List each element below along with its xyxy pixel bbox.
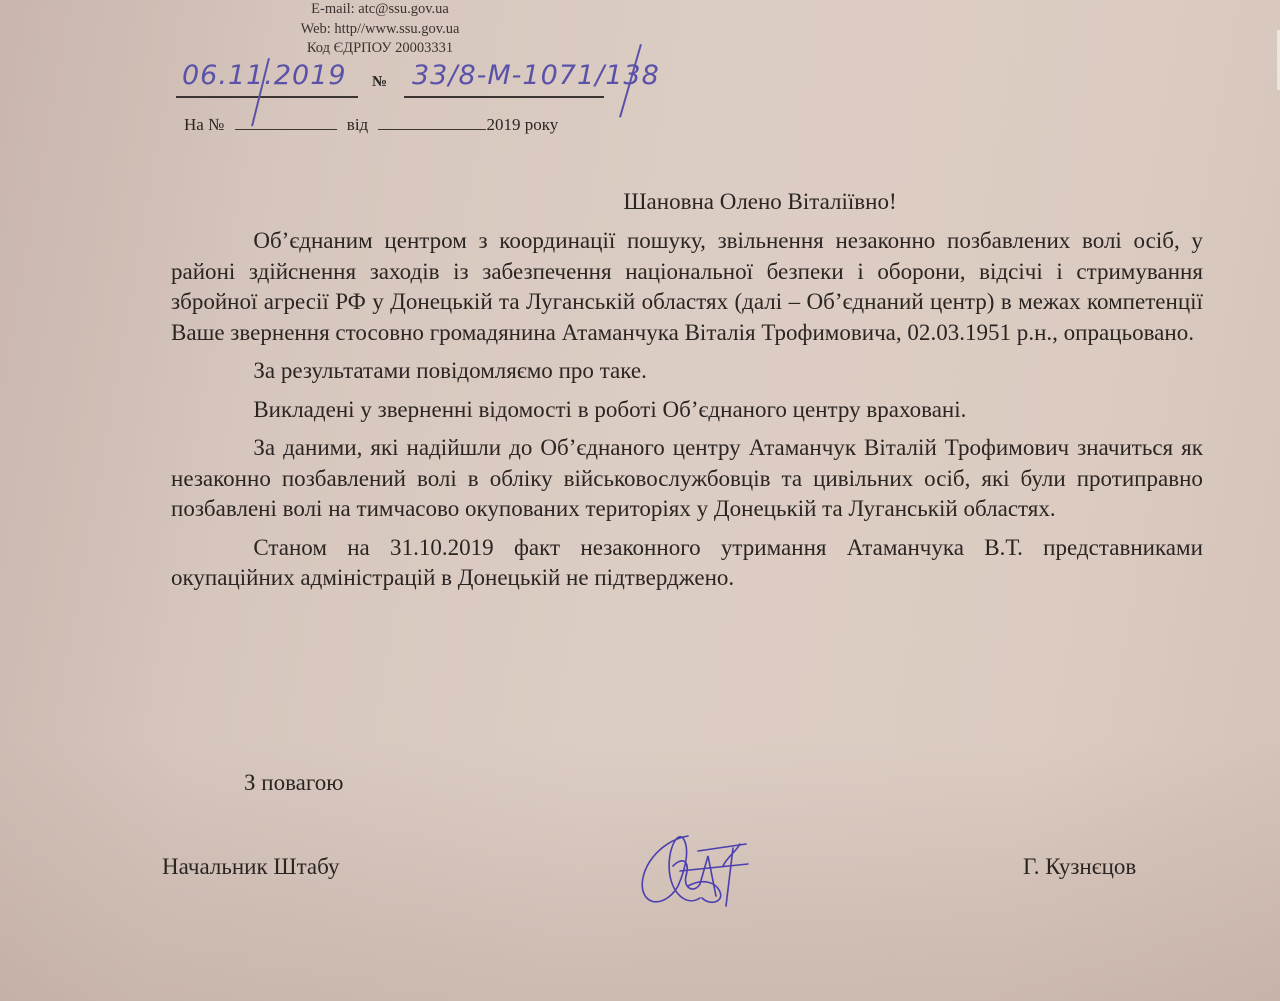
date-underline (176, 96, 358, 98)
salutation: Шановна Олено Віталіївно! (0, 189, 1280, 215)
web-line: Web: http//www.ssu.gov.ua (290, 20, 470, 40)
handwritten-number: 33/8-М-1071/138 (412, 60, 660, 91)
body-paragraph: За даними, які надійшли до Об’єднаного ц… (171, 433, 1203, 525)
body-paragraph: Викладені у зверненні відомості в роботі… (171, 395, 1203, 426)
letterhead-contacts: E-mail: atc@ssu.gov.ua Web: http//www.ss… (290, 0, 470, 59)
body-paragraph: Станом на 31.10.2019 факт незаконного ут… (171, 533, 1203, 594)
reference-prefix: На № (184, 115, 224, 134)
reference-line: На № від 2019 року (184, 115, 558, 135)
reference-from-label: від (347, 115, 368, 134)
signature-icon (628, 826, 808, 916)
edrpou-line: Код ЄДРПОУ 20003331 (290, 39, 470, 59)
reference-number-blank (235, 115, 337, 130)
reference-date-blank (378, 115, 486, 130)
signatory-position: Начальник Штабу (162, 854, 339, 880)
number-sign: № (372, 74, 387, 91)
signatory-name: Г. Кузнєцов (1023, 854, 1136, 880)
reference-year: 2019 року (486, 115, 558, 134)
letter-body: Об’єднаним центром з координації пошуку,… (171, 226, 1203, 602)
body-paragraph: За результатами повідомляємо про таке. (171, 356, 1203, 387)
number-underline (404, 96, 604, 98)
body-paragraph: Об’єднаним центром з координації пошуку,… (171, 226, 1203, 348)
closing: З повагою (244, 770, 343, 796)
email-line: E-mail: atc@ssu.gov.ua (290, 0, 470, 20)
